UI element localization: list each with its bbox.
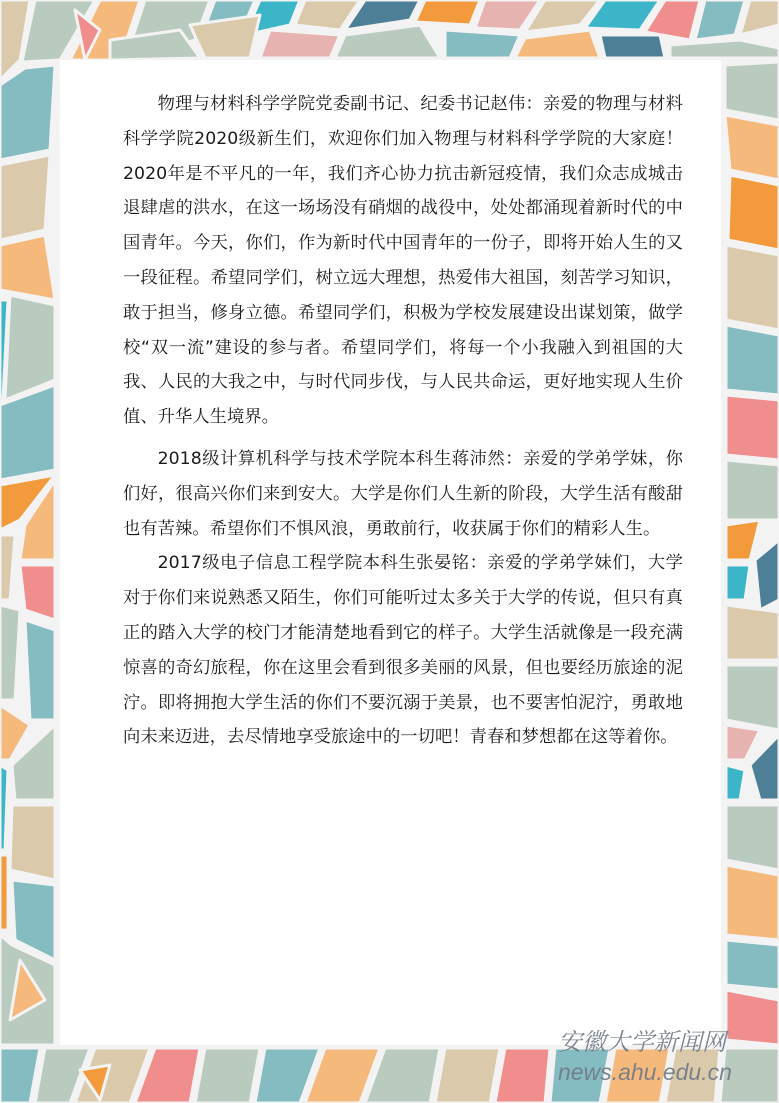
watermark-domain: news.ahu.edu.cn — [558, 1059, 768, 1085]
paragraph-zhao-wei: 物理与材料科学学院党委副书记、纪委书记赵伟：亲爱的物理与材料科学学院2020级新… — [123, 87, 683, 435]
article-card: 物理与材料科学学院党委副书记、纪委书记赵伟：亲爱的物理与材料科学学院2020级新… — [60, 60, 721, 1045]
site-watermark: 安徽大学新闻网 news.ahu.edu.cn — [558, 1027, 768, 1085]
paragraph-jiang-peiran: 2018级计算机科学与技术学院本科生蒋沛然：亲爱的学弟学妹，你们好，很高兴你们来… — [123, 442, 683, 546]
article-body: 物理与材料科学学院党委副书记、纪委书记赵伟：亲爱的物理与材料科学学院2020级新… — [123, 87, 683, 755]
watermark-site-name: 安徽大学新闻网 — [558, 1027, 768, 1057]
paragraph-zhang-yanming: 2017级电子信息工程学院本科生张晏铭：亲爱的学弟学妹们，大学对于你们来说熟悉又… — [123, 546, 683, 755]
